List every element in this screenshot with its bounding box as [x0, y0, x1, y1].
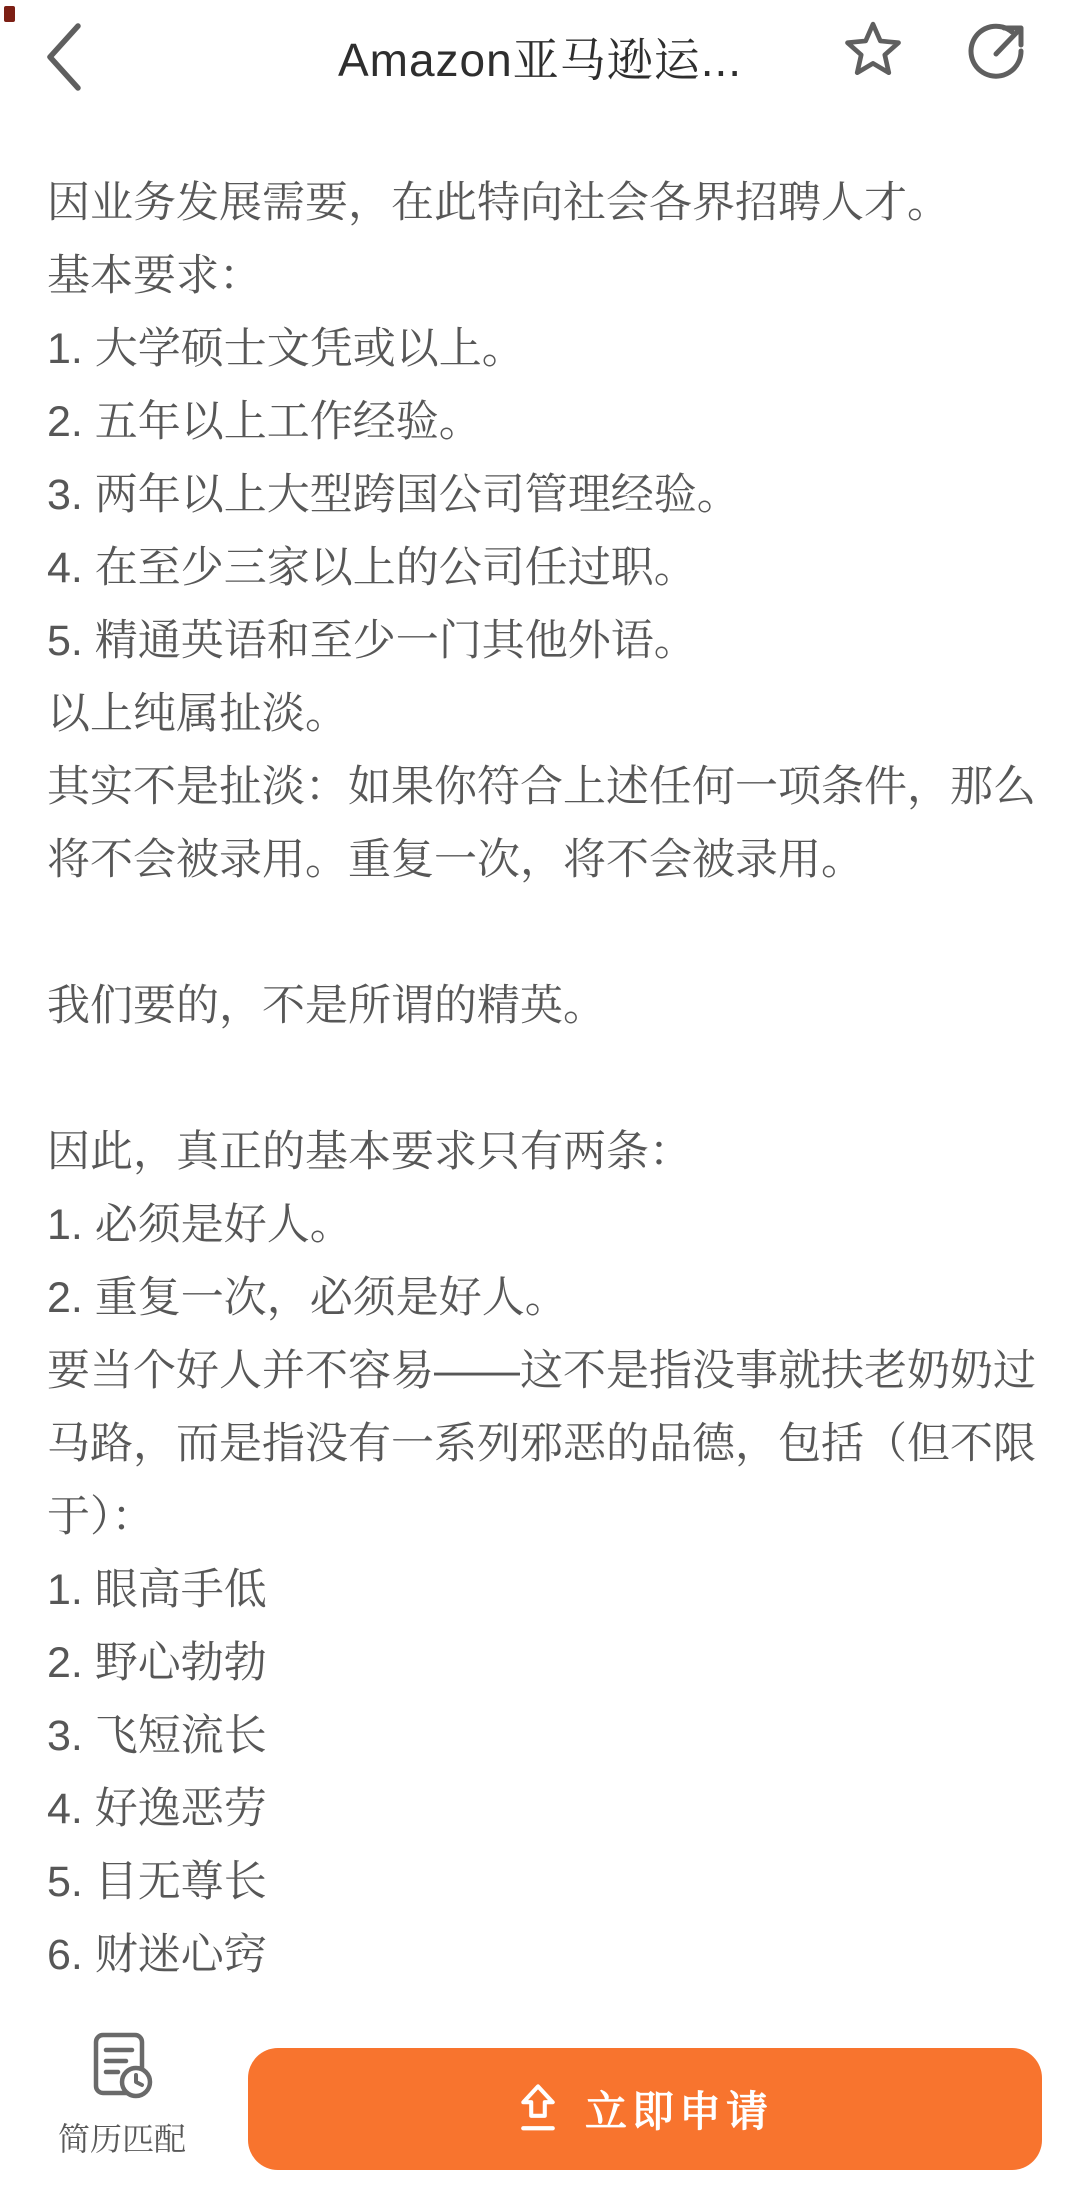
text-line: 3. 两年以上大型跨国公司管理经验。 [47, 459, 1044, 532]
apply-now-label: 立即申请 [585, 2079, 773, 2139]
text-line: 其实不是扯淡：如果你符合上述任何一项条件，那么 [47, 751, 1044, 824]
text-line: 将不会被录用。重复一次，将不会被录用。 [47, 824, 1044, 897]
text-line [47, 897, 1044, 970]
resume-clock-icon [90, 2030, 154, 2102]
text-line [47, 1043, 1044, 1116]
text-line: 1. 眼高手低 [47, 1554, 1044, 1627]
text-line: 因此，真正的基本要求只有两条： [47, 1116, 1044, 1189]
page-title: Amazon亚马逊运... [338, 24, 742, 90]
text-line: 6. 财迷心窍 [47, 1919, 1044, 1992]
favorite-button[interactable] [842, 20, 904, 82]
star-icon [842, 20, 904, 82]
text-line: 2. 野心勃勃 [47, 1627, 1044, 1700]
nav-bar: Amazon亚马逊运... [0, 0, 1080, 130]
text-line: 2. 重复一次，必须是好人。 [47, 1262, 1044, 1335]
share-button[interactable] [966, 20, 1028, 82]
corner-artifact-mark [4, 6, 15, 22]
chevron-left-icon [38, 18, 90, 96]
job-detail-screen: Amazon亚马逊运... 因业务发展需要，在此特向社会各界招聘人才。基本要求：… [0, 0, 1080, 2196]
text-line: 1. 必须是好人。 [47, 1189, 1044, 1262]
text-line: 以上纯属扯淡。 [47, 678, 1044, 751]
text-line: 因业务发展需要，在此特向社会各界招聘人才。 [47, 167, 1044, 240]
text-line: 基本要求： [47, 240, 1044, 313]
text-line: 马路，而是指没有一系列邪恶的品德，包括（但不限 [47, 1408, 1044, 1481]
text-line: 我们要的，不是所谓的精英。 [47, 970, 1044, 1043]
text-line: 4. 在至少三家以上的公司任过职。 [47, 532, 1044, 605]
back-button[interactable] [38, 18, 90, 96]
job-description: 因业务发展需要，在此特向社会各界招聘人才。基本要求：1. 大学硕士文凭或以上。2… [47, 167, 1044, 1992]
text-line: 2. 五年以上工作经验。 [47, 386, 1044, 459]
apply-now-button[interactable]: 立即申请 [248, 2048, 1042, 2170]
text-line: 3. 飞短流长 [47, 1700, 1044, 1773]
resume-match-label: 简历匹配 [58, 2114, 186, 2160]
resume-match-button[interactable]: 简历匹配 [56, 2030, 188, 2160]
share-icon [966, 20, 1028, 82]
text-line: 4. 好逸恶劳 [47, 1773, 1044, 1846]
text-line: 于）： [47, 1481, 1044, 1554]
text-line: 要当个好人并不容易——这不是指没事就扶老奶奶过 [47, 1335, 1044, 1408]
text-line: 5. 目无尊长 [47, 1846, 1044, 1919]
text-line: 5. 精通英语和至少一门其他外语。 [47, 605, 1044, 678]
text-line: 1. 大学硕士文凭或以上。 [47, 313, 1044, 386]
upload-arrow-icon [517, 2083, 559, 2135]
